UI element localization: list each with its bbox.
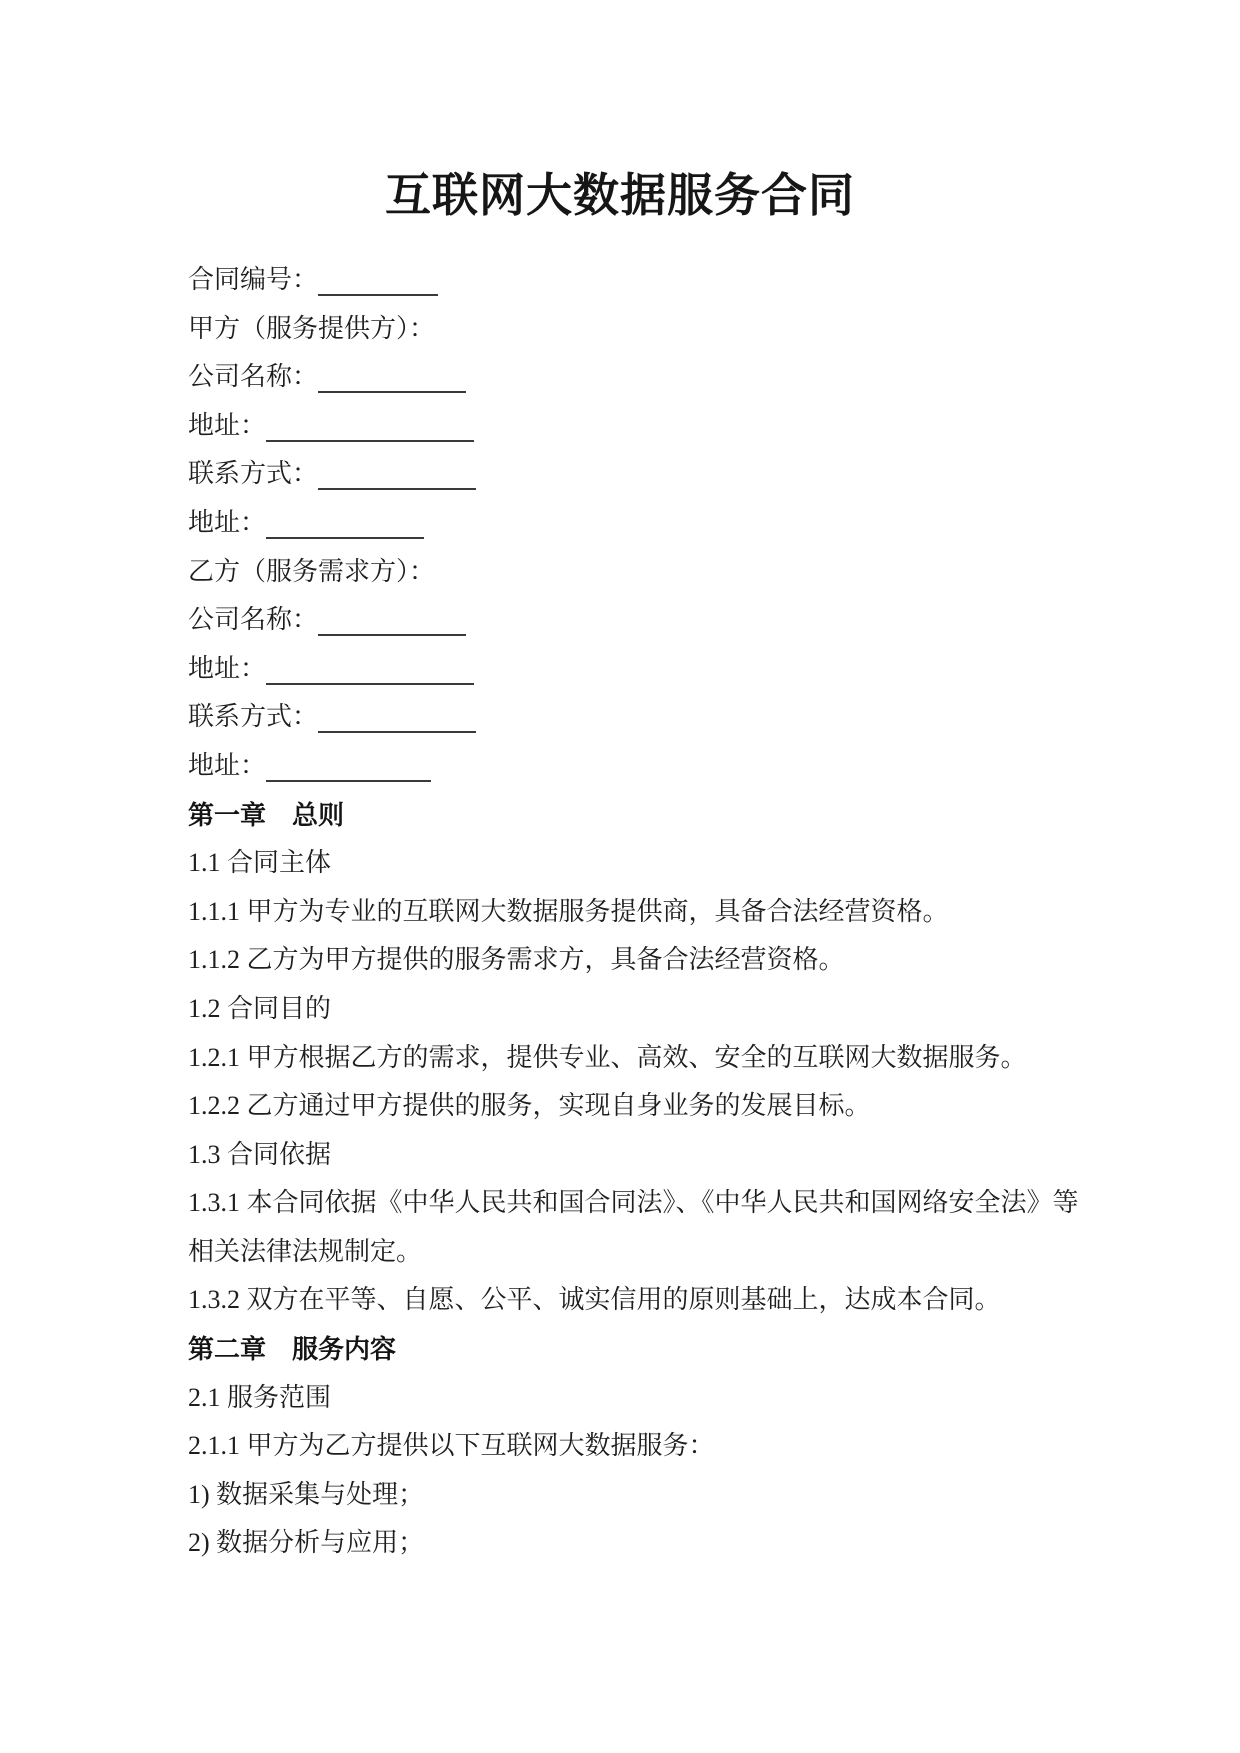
- field-line: 地址：: [188, 499, 1090, 548]
- document-title: 互联网大数据服务合同: [0, 0, 1240, 226]
- blank-underline: [318, 365, 466, 393]
- field-label: 乙方（服务需求方）：: [188, 557, 435, 586]
- blank-underline: [318, 268, 438, 296]
- clause-paragraph: 1.2.1 甲方根据乙方的需求，提供专业、高效、安全的互联网大数据服务。: [188, 1034, 1090, 1083]
- field-label: 甲方（服务提供方）：: [188, 314, 435, 343]
- document-content: 互联网大数据服务合同 合同编号：甲方（服务提供方）：公司名称：地址：联系方式：地…: [0, 0, 1240, 1568]
- field-label: 公司名称：: [188, 605, 318, 634]
- chapter-heading: 第一章 总则: [188, 791, 1090, 840]
- field-label: 合同编号：: [188, 265, 318, 294]
- field-line: 地址：: [188, 402, 1090, 451]
- field-line: 乙方（服务需求方）：: [188, 548, 1090, 597]
- field-line: 地址：: [188, 645, 1090, 694]
- clause-paragraph: 1.1.1 甲方为专业的互联网大数据服务提供商，具备合法经营资格。: [188, 888, 1090, 937]
- blank-underline: [318, 705, 476, 733]
- field-line: 合同编号：: [188, 256, 1090, 305]
- blank-underline: [318, 462, 476, 490]
- chapter-heading: 第二章 服务内容: [188, 1325, 1090, 1374]
- field-line: 联系方式：: [188, 693, 1090, 742]
- clause-paragraph: 1.2.2 乙方通过甲方提供的服务，实现自身业务的发展目标。: [188, 1082, 1090, 1131]
- field-line: 公司名称：: [188, 353, 1090, 402]
- field-label: 地址：: [188, 654, 266, 683]
- field-label: 地址：: [188, 751, 266, 780]
- clause-paragraph: 1.2 合同目的: [188, 985, 1090, 1034]
- field-line: 地址：: [188, 742, 1090, 791]
- field-label: 地址：: [188, 411, 266, 440]
- field-line: 联系方式：: [188, 450, 1090, 499]
- clause-paragraph: 1.3.2 双方在平等、自愿、公平、诚实信用的原则基础上，达成本合同。: [188, 1276, 1090, 1325]
- clause-paragraph: 2) 数据分析与应用；: [188, 1519, 1090, 1568]
- field-label: 公司名称：: [188, 362, 318, 391]
- blank-underline: [266, 657, 474, 685]
- clause-paragraph: 1.1 合同主体: [188, 839, 1090, 888]
- document-page: 互联网大数据服务合同 合同编号：甲方（服务提供方）：公司名称：地址：联系方式：地…: [0, 0, 1240, 1753]
- field-label: 联系方式：: [188, 702, 318, 731]
- party-block: 合同编号：甲方（服务提供方）：公司名称：地址：联系方式：地址：乙方（服务需求方）…: [188, 256, 1090, 791]
- field-line: 甲方（服务提供方）：: [188, 305, 1090, 354]
- blank-underline: [266, 511, 424, 539]
- field-line: 公司名称：: [188, 596, 1090, 645]
- blank-underline: [266, 414, 474, 442]
- chapters: 第一章 总则1.1 合同主体1.1.1 甲方为专业的互联网大数据服务提供商，具备…: [188, 791, 1090, 1569]
- clause-paragraph: 2.1.1 甲方为乙方提供以下互联网大数据服务：: [188, 1422, 1090, 1471]
- clause-paragraph: 2.1 服务范围: [188, 1374, 1090, 1423]
- clause-paragraph: 1) 数据采集与处理；: [188, 1471, 1090, 1520]
- field-label: 联系方式：: [188, 459, 318, 488]
- clause-paragraph: 1.3.1 本合同依据《中华人民共和国合同法》、《中华人民共和国网络安全法》等相…: [188, 1179, 1090, 1276]
- blank-underline: [318, 608, 466, 636]
- clause-paragraph: 1.1.2 乙方为甲方提供的服务需求方，具备合法经营资格。: [188, 936, 1090, 985]
- blank-underline: [266, 754, 431, 782]
- field-label: 地址：: [188, 508, 266, 537]
- clause-paragraph: 1.3 合同依据: [188, 1131, 1090, 1180]
